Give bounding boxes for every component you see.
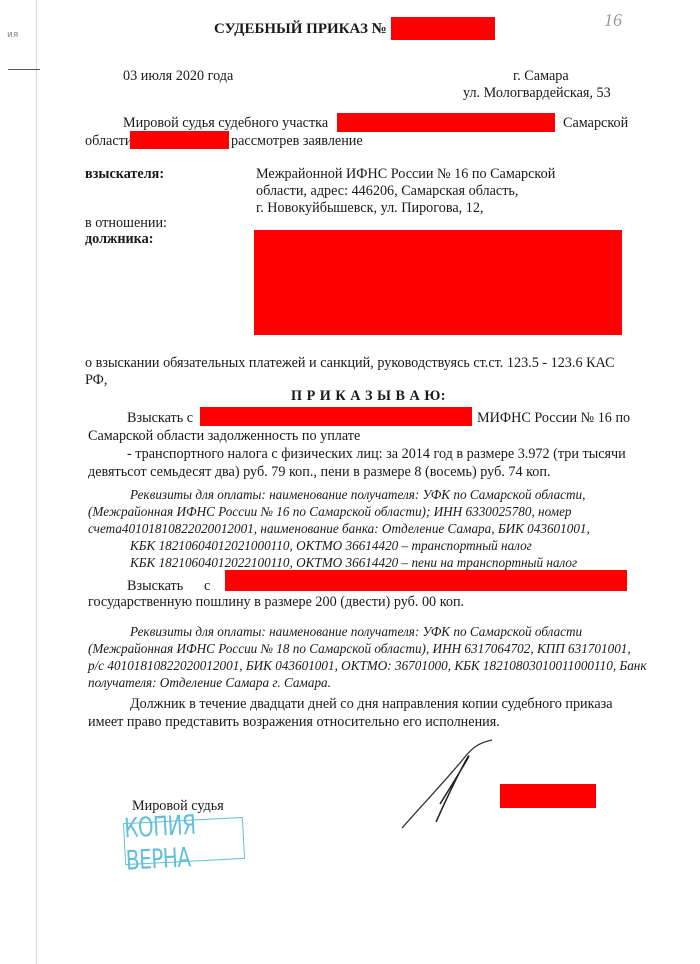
claimant-line-3: г. Новокуйбышевск, ул. Пирогова, 12,: [256, 200, 483, 216]
judge-line2-suffix: рассмотрев заявление: [231, 133, 363, 149]
signature-icon: [398, 738, 508, 838]
requisites1-line-4: КБК 18210604012021000110, ОКТМО 36614420…: [130, 538, 532, 554]
requisites2-line-2: (Межрайонная ИФНС России № 18 по Самарск…: [88, 641, 631, 657]
claimant-line-1: Межрайонной ИФНС России № 16 по Самарско…: [256, 166, 555, 182]
basis-line-1: о взыскании обязательных платежей и санк…: [85, 355, 615, 371]
redaction-debtor-name-1: [200, 407, 472, 426]
document-city: г. Самара: [513, 68, 569, 84]
collect1-suffix: МИФНС России № 16 по: [477, 410, 630, 426]
collect1-line-4: девятьсот семьдесят два) руб. 79 коп., п…: [88, 464, 551, 480]
requisites2-line-4: получателя: Отделение Самара г. Самара.: [88, 675, 331, 691]
scan-margin-line: [36, 0, 37, 964]
claimant-label: взыскателя:: [85, 166, 164, 182]
order-heading: П Р И К А З Ы В А Ю:: [291, 388, 446, 404]
requisites1-line-3: счета40101810822020012001, наименование …: [88, 521, 590, 537]
collect1-prefix: Взыскать с: [127, 410, 193, 426]
claimant-line-2: области, адрес: 446206, Самарская област…: [256, 183, 518, 199]
margin-note: ия: [7, 30, 18, 40]
court-address: ул. Мологвардейская, 53: [463, 85, 611, 101]
redaction-court-section: [337, 113, 555, 132]
collect2-c: с: [204, 578, 210, 594]
judge-line-prefix: Мировой судья судебного участка: [123, 115, 328, 131]
collect1-line-3: - транспортного налога с физических лиц:…: [127, 446, 626, 462]
handwritten-page-number: 16: [604, 10, 622, 31]
basis-line-2: РФ,: [85, 372, 107, 388]
judge-line2-prefix: области: [85, 133, 132, 149]
copy-certified-stamp: КОПИЯ ВЕРНА: [123, 817, 245, 865]
collect2-line-2: государственную пошлину в размере 200 (д…: [88, 594, 464, 610]
binding-mark: [8, 69, 40, 70]
requisites1-line-1: Реквизиты для оплаты: наименование получ…: [130, 487, 585, 503]
redaction-judge-signature-name: [500, 784, 596, 808]
requisites2-line-1: Реквизиты для оплаты: наименование получ…: [130, 624, 582, 640]
objection-line-2: имеет право представить возражения относ…: [88, 714, 500, 730]
document-date: 03 июля 2020 года: [123, 68, 233, 84]
requisites1-line-5: КБК 18210604012022100110, ОКТМО 36614420…: [130, 555, 577, 571]
debtor-label: должника:: [85, 231, 153, 247]
document-title: СУДЕБНЫЙ ПРИКАЗ №: [214, 21, 387, 37]
judge-line-suffix: Самарской: [563, 115, 628, 131]
regarding-label: в отношении:: [85, 215, 167, 231]
stamp-text: КОПИЯ ВЕРНА: [123, 806, 244, 877]
collect2-prefix: Взыскать: [127, 578, 183, 594]
redaction-debtor-details: [254, 230, 622, 335]
requisites2-line-3: р/с 40101810822020012001, БИК 043601001,…: [88, 658, 647, 674]
redaction-case-number: [391, 17, 495, 40]
redaction-debtor-name-2: [225, 570, 627, 591]
redaction-judge-name: [130, 131, 229, 149]
objection-line-1: Должник в течение двадцати дней со дня н…: [130, 696, 613, 712]
requisites1-line-2: (Межрайонная ИФНС России № 16 по Самарск…: [88, 504, 572, 520]
collect1-line-2: Самарской области задолженность по уплат…: [88, 428, 360, 444]
